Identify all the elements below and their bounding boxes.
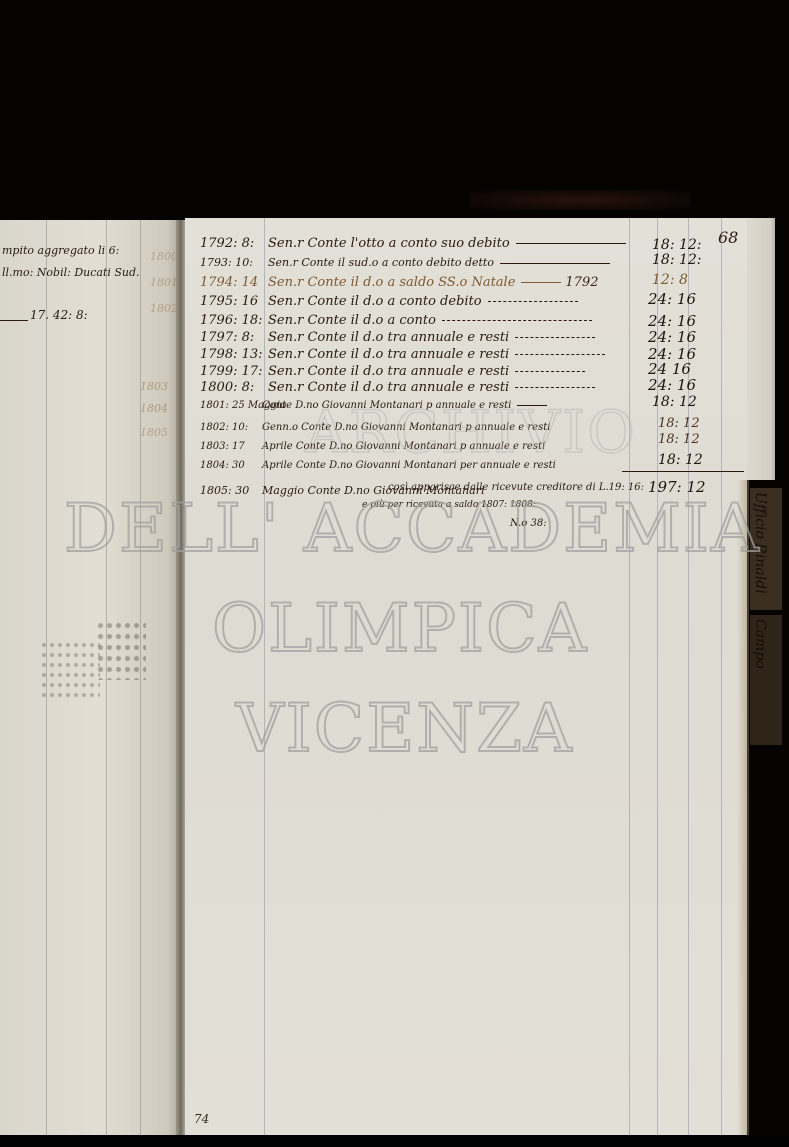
left-line-2: ll.mo: Nobil: Ducati Sud. — [2, 266, 140, 279]
ruled-line — [629, 218, 630, 1135]
bleed-through: 1805 — [140, 426, 168, 439]
amount: 18: 12: — [652, 252, 702, 268]
bleed-through: 1801 — [150, 276, 178, 289]
watermark-line-1: ARCHIVIO — [305, 398, 637, 466]
amount: 18: 12: — [652, 237, 702, 253]
watermark-line-2: DELL' ACCADEMIA — [64, 490, 761, 567]
book-edge-glow — [470, 190, 690, 210]
stain — [96, 620, 146, 680]
ruled-line — [721, 218, 722, 1135]
ledger-entry: 1796: 18:Sen.r Conte il d.o a conto — [200, 313, 592, 331]
right-page-extension — [747, 218, 775, 480]
total-rule — [622, 471, 744, 472]
bleed-through: 1802 — [150, 302, 178, 315]
page-number: 68 — [718, 228, 738, 247]
watermark-line-3: OLIMPICA — [212, 590, 588, 667]
background-bottom — [0, 1135, 789, 1147]
amount: 24: 16 — [648, 376, 696, 394]
bleed-through: 1800 — [150, 250, 178, 263]
watermark-line-4: VICENZA — [236, 690, 574, 767]
background-top — [0, 0, 789, 218]
amount: 12: 8 — [652, 272, 688, 288]
amount: 24: 16 — [648, 328, 696, 346]
amount: 18: 12 — [652, 394, 697, 410]
amount: 24: 16 — [648, 290, 696, 308]
left-line-1: mpito aggregato li 6: — [2, 244, 119, 257]
ledger-entry: 1792: 8:Sen.r Conte l'otto a conto suo d… — [200, 236, 626, 254]
page-edge-shadow — [737, 480, 749, 1135]
folio-mark: 74 — [194, 1112, 209, 1126]
amount: 18: 12 — [658, 416, 700, 431]
amount: 18: 12 — [658, 452, 703, 468]
ledger-entry: 1797: 8:Sen.r Conte il d.o tra annuale e… — [200, 330, 595, 348]
amount: 18: 12 — [658, 432, 700, 447]
ledger-entry: 1800: 8:Sen.r Conte il d.o tra annuale e… — [200, 380, 595, 398]
tab-label: Campo — [752, 619, 768, 669]
left-line-3: 17. 42: 8: — [30, 308, 88, 322]
ledger-entry: 1793: 10:Sen.r Conte il sud.o a conto de… — [200, 256, 610, 274]
index-tab[interactable]: Campo — [750, 615, 782, 745]
ledger-entry: 1794: 14Sen.r Conte il d.o a saldo SS.o … — [200, 275, 599, 293]
bleed-through: 1804 — [140, 402, 168, 415]
ledger-entry: 1798: 13:Sen.r Conte il d.o tra annuale … — [200, 347, 605, 365]
left-page: mpito aggregato li 6: ll.mo: Nobil: Duca… — [0, 220, 182, 1135]
stain — [40, 640, 100, 700]
left-rule — [0, 320, 28, 321]
ledger-entry: 1795: 16Sen.r Conte il d.o a conto debit… — [200, 294, 578, 312]
bleed-through: 1803 — [140, 380, 168, 393]
